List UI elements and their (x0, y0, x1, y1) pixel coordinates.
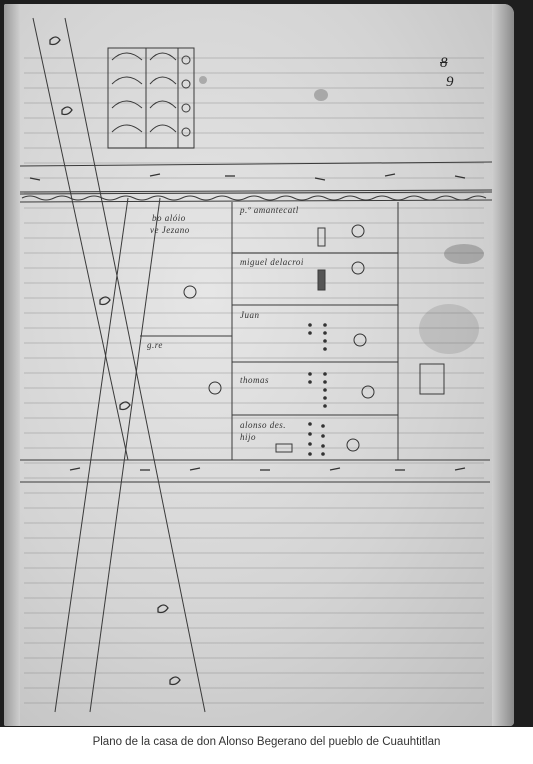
folio-new-number: 9 (446, 74, 454, 91)
folio-old-number: 8 (440, 55, 448, 72)
plot-label-5: alonso des. (240, 420, 286, 430)
plot-label-left: g.re (147, 340, 163, 350)
manuscript-photo: bo alóio ve Jezano p.º amantecatl miguel… (0, 0, 533, 727)
plot-label-top-left-line2: ve Jezano (150, 225, 190, 235)
plot-label-3: Juan (240, 310, 260, 320)
plan-drawing (0, 0, 533, 727)
road-edge (33, 18, 128, 460)
plot-label-top-left: bo alóio (152, 213, 186, 223)
figure-caption: Plano de la casa de don Alonso Begerano … (0, 736, 533, 748)
plot-label-5-line2: hijo (240, 432, 256, 442)
road-edge (65, 18, 205, 712)
footprint-glyphs (30, 37, 465, 685)
plot-label-4: thomas (240, 375, 269, 385)
plot-label-1: p.º amantecatl (240, 205, 299, 215)
dot-counters (308, 323, 327, 456)
plot-label-2: miguel delacroi (240, 257, 304, 267)
